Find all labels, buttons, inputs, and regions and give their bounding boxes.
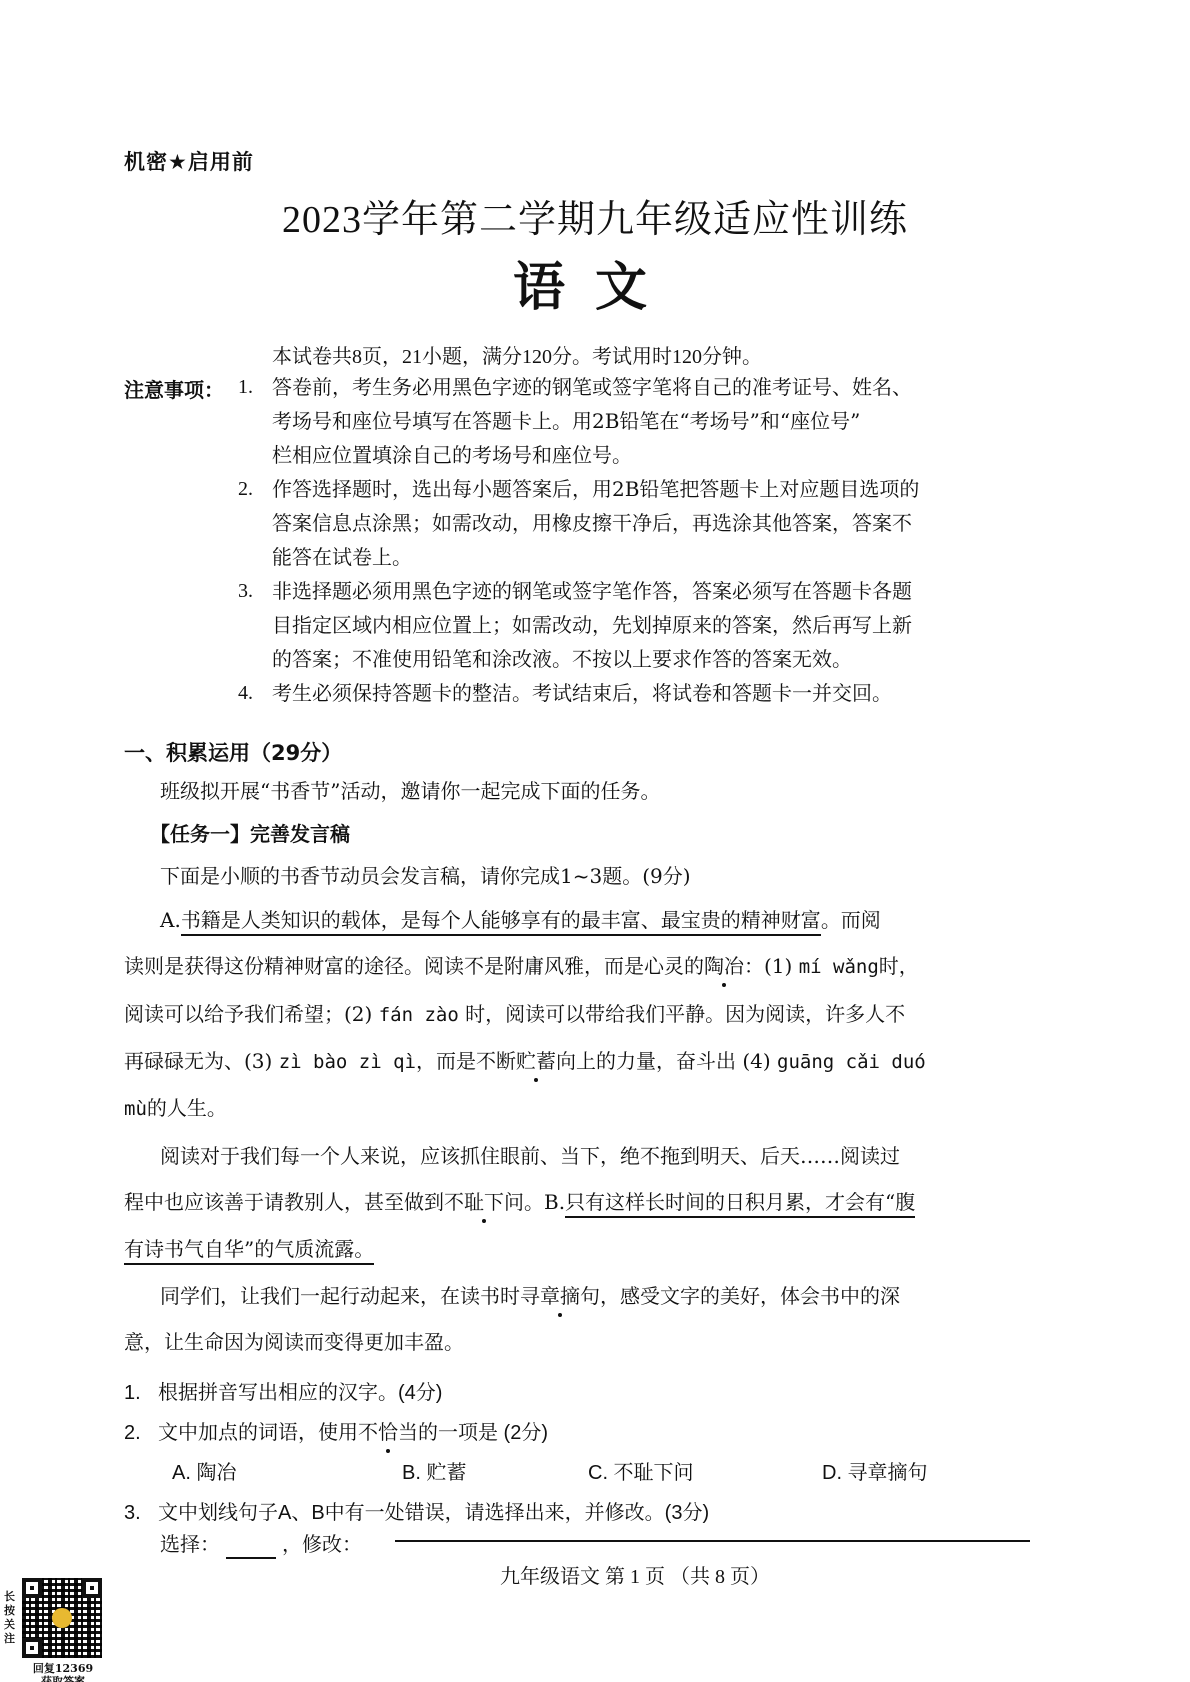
option-b: B. 贮蓄 xyxy=(402,1456,466,1485)
passage-line: 阅读对于我们每一个人来说，应该抓住眼前、当下，绝不拖到明天、后天……阅读过 xyxy=(160,1146,1065,1166)
option-d: D. 寻章摘句 xyxy=(822,1456,928,1485)
notice-item-2: 2. 作答选择题时，选出每小题答案后，用2B铅笔把答题卡上对应题目选项的答案信息… xyxy=(238,472,1028,574)
text: 。而阅 xyxy=(821,908,881,932)
task-title: 【任务一】完善发言稿 xyxy=(150,824,1055,844)
underlined-sentence-a: 书籍是人类知识的载体，是每个人能够享有的最丰富、最宝贵的精神财富 xyxy=(181,908,821,936)
sentence-a-label: A. xyxy=(160,908,181,932)
passage-line: 读则是获得这份精神财富的途径。阅读不是附庸风雅，而是心灵的陶冶：(1) mí w… xyxy=(124,956,1029,977)
notice-item-3: 3. 非选择题必须用黑色字迹的钢笔或签字笔作答，答案必须写在答题卡各题目指定区域… xyxy=(238,574,1028,676)
question-3: 3.文中划线句子A、B中有一处错误，请选择出来，并修改。(3分) xyxy=(124,1496,709,1525)
dotted-word: 寻章摘句 xyxy=(520,1284,600,1308)
notice-number: 1. xyxy=(238,370,253,404)
text: ，感受文字的美好，体会书中的深 xyxy=(600,1284,900,1308)
notice-line: 能答在试卷上。 xyxy=(272,540,1028,574)
dotted-word: 贮蓄 xyxy=(516,1049,556,1073)
passage-line: 再碌碌无为、(3) zì bào zì qì，而是不断贮蓄向上的力量，奋斗出 (… xyxy=(124,1051,1029,1072)
question-1: 1.根据拼音写出相应的汉字。(4分) xyxy=(124,1376,442,1405)
section-intro: 班级拟开展“书香节”活动，邀请你一起完成下面的任务。 xyxy=(160,781,1065,801)
text: 阅读可以给予我们希望；(2) xyxy=(124,1002,379,1026)
question-number: 2. xyxy=(124,1422,158,1445)
select-blank[interactable] xyxy=(226,1534,276,1559)
passage-line: mù的人生。 xyxy=(124,1098,1029,1119)
qr-code-icon xyxy=(22,1578,102,1658)
dotted-word: 不耻下问 xyxy=(444,1190,524,1214)
text: 同学们，让我们一起行动起来，在读书时 xyxy=(160,1284,520,1308)
passage-line: 程中也应该善于请教别人，甚至做到不耻下问。B.只有这样长时间的日积月累，才会有“… xyxy=(124,1192,1029,1212)
qr-side-text: 长按关注 xyxy=(4,1590,16,1646)
text: 向上的力量，奋斗出 (4) xyxy=(556,1049,777,1073)
notice-number: 3. xyxy=(238,574,253,608)
question-2: 2.文中加点的词语，使用不恰当的一项是 (2分) xyxy=(124,1416,548,1445)
confidential-label: 机密★启用前 xyxy=(124,146,254,176)
notice-line: 答案信息点涂黑；如需改动，用橡皮擦干净后，再选涂其他答案，答案不 xyxy=(272,506,1028,540)
pinyin-blank-4-cont: mù xyxy=(124,1098,147,1120)
dotted-word: 陶冶 xyxy=(704,954,744,978)
question-text: 文中加点的词语，使用 xyxy=(158,1422,358,1444)
text: ，而是不断 xyxy=(416,1049,516,1073)
passage-line: 同学们，让我们一起行动起来，在读书时寻章摘句，感受文字的美好，体会书中的深 xyxy=(160,1286,1065,1306)
pinyin-blank-3: zì bào zì qì xyxy=(279,1051,416,1073)
option-c: C. 不耻下问 xyxy=(588,1456,694,1485)
passage-line: 意，让生命因为阅读而变得更加丰盈。 xyxy=(124,1332,1029,1352)
underlined-sentence-b-cont: 有诗书气自华”的气质流露。 xyxy=(124,1237,374,1265)
fix-label: ，修改： xyxy=(282,1534,362,1556)
qr-finder-icon xyxy=(22,1638,42,1658)
passage-line: 有诗书气自华”的气质流露。 xyxy=(124,1239,1029,1259)
qr-logo-icon xyxy=(52,1608,72,1628)
notice-number: 2. xyxy=(238,472,253,506)
select-label: 选择： xyxy=(160,1534,220,1556)
sentence-b-label: 。B. xyxy=(524,1190,565,1214)
dotted-word: 不恰当 xyxy=(358,1422,418,1444)
page-footer: 九年级语文 第 1 页 （共 8 页） xyxy=(0,1560,1190,1589)
qr-caption-line: 回复12369 xyxy=(18,1662,108,1675)
pinyin-blank-2: fán zào xyxy=(379,1004,459,1026)
answer-line: 选择： ，修改： xyxy=(160,1528,362,1559)
text: ：(1) xyxy=(744,954,799,978)
question-text: 的一项是 (2分) xyxy=(418,1422,548,1444)
notice-line: 非选择题必须用黑色字迹的钢笔或签字笔作答，答案必须写在答题卡各题 xyxy=(272,574,1028,608)
notice-line: 的答案；不准使用铅笔和涂改液。不按以上要求作答的答案无效。 xyxy=(272,642,1028,676)
question-text: 根据拼音写出相应的汉字。(4分) xyxy=(158,1382,442,1404)
qr-finder-icon xyxy=(82,1578,102,1598)
task-description: 下面是小顺的书香节动员会发言稿，请你完成1~3题。(9分) xyxy=(160,866,1065,886)
question-number: 1. xyxy=(124,1382,158,1405)
notice-line: 栏相应位置填涂自己的考场号和座位号。 xyxy=(272,438,1028,472)
exam-title: 2023学年第二学期九年级适应性训练 xyxy=(0,188,1190,243)
notice-line: 答卷前，考生务必用黑色字迹的钢笔或签字笔将自己的准考证号、姓名、 xyxy=(272,370,1028,404)
passage-line: 阅读可以给予我们希望；(2) fán zào 时，阅读可以带给我们平静。因为阅读… xyxy=(124,1004,1029,1025)
fix-blank[interactable] xyxy=(395,1540,1030,1542)
qr-code-block: 长按关注 回复12369获取答案 xyxy=(0,1560,110,1682)
passage-line: A.书籍是人类知识的载体，是每个人能够享有的最丰富、最宝贵的精神财富。而阅 xyxy=(160,910,1065,930)
notice-item-4: 4. 考生必须保持答题卡的整洁。考试结束后，将试卷和答题卡一并交回。 xyxy=(238,676,1028,710)
notice-line: 考生必须保持答题卡的整洁。考试结束后，将试卷和答题卡一并交回。 xyxy=(272,676,1028,710)
text: 时，阅读可以带给我们平静。因为阅读，许多人不 xyxy=(459,1002,905,1026)
text: 时， xyxy=(879,954,919,978)
section-heading: 一、积累运用（29分） xyxy=(124,737,342,767)
qr-caption: 回复12369获取答案 xyxy=(18,1662,108,1682)
question-text: 文中划线句子A、B中有一处错误，请选择出来，并修改。(3分) xyxy=(158,1502,709,1524)
text: 程中也应该善于请教别人，甚至做到 xyxy=(124,1190,444,1214)
question-number: 3. xyxy=(124,1502,158,1525)
underlined-sentence-b: 只有这样长时间的日积月累，才会有“腹 xyxy=(565,1190,915,1218)
text: 的人生。 xyxy=(147,1096,227,1120)
notice-label: 注意事项： xyxy=(124,374,224,403)
text: 读则是获得这份精神财富的途径。阅读不是附庸风雅，而是心灵的 xyxy=(124,954,704,978)
notice-line: 目指定区域内相应位置上；如需改动，先划掉原来的答案，然后再写上新 xyxy=(272,608,1028,642)
subject-title: 语文 xyxy=(0,245,1190,320)
qr-caption-line: 获取答案 xyxy=(18,1675,108,1682)
pinyin-blank-4: guāng cǎi duó xyxy=(777,1051,926,1073)
notice-item-1: 1. 答卷前，考生务必用黑色字迹的钢笔或签字笔将自己的准考证号、姓名、考场号和座… xyxy=(238,370,1028,472)
notice-line: 作答选择题时，选出每小题答案后，用2B铅笔把答题卡上对应题目选项的 xyxy=(272,472,1028,506)
text: 再碌碌无为、(3) xyxy=(124,1049,279,1073)
exam-intro: 本试卷共8页，21小题，满分120分。考试用时120分钟。 xyxy=(272,340,762,369)
notice-number: 4. xyxy=(238,676,253,710)
notice-line: 考场号和座位号填写在答题卡上。用2B铅笔在“考场号”和“座位号” xyxy=(272,404,1028,438)
pinyin-blank-1: mí wǎng xyxy=(799,956,879,978)
option-a: A. 陶冶 xyxy=(172,1456,236,1485)
qr-finder-icon xyxy=(22,1578,42,1598)
